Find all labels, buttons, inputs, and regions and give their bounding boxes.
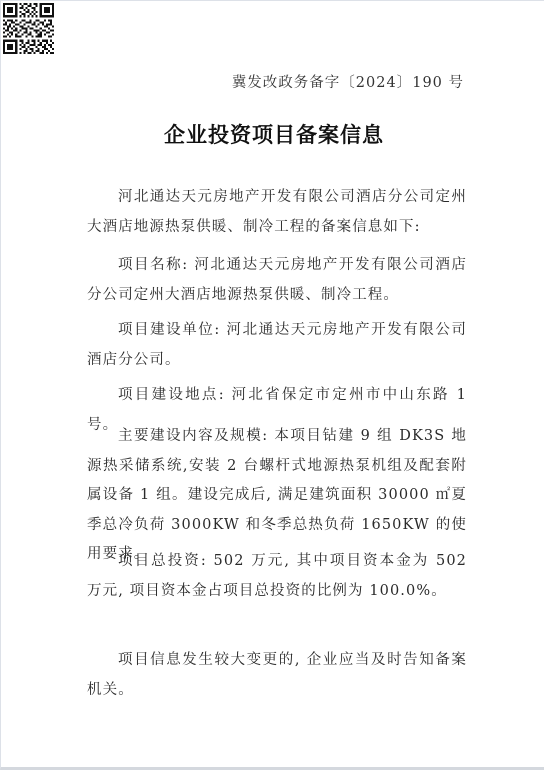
qr-code-icon [3,3,54,54]
document-page: 冀发改政务备字〔2024〕190 号 企业投资项目备案信息 河北通达天元房地产开… [0,0,544,770]
construction-unit-paragraph: 项目建设单位: 河北通达天元房地产开发有限公司酒店分公司。 [87,316,467,375]
document-number: 冀发改政务备字〔2024〕190 号 [232,71,464,92]
page-title: 企业投资项目备案信息 [1,119,546,149]
change-notice-paragraph: 项目信息发生较大变更的, 企业应当及时告知备案机关。 [87,646,467,705]
project-name-paragraph: 项目名称: 河北通达天元房地产开发有限公司酒店分公司定州大酒店地源热泵供暖、制冷… [87,251,467,310]
intro-paragraph: 河北通达天元房地产开发有限公司酒店分公司定州大酒店地源热泵供暖、制冷工程的备案信… [87,183,467,242]
total-investment-paragraph: 项目总投资: 502 万元, 其中项目资本金为 502 万元, 项目资本金占项目… [87,547,467,606]
